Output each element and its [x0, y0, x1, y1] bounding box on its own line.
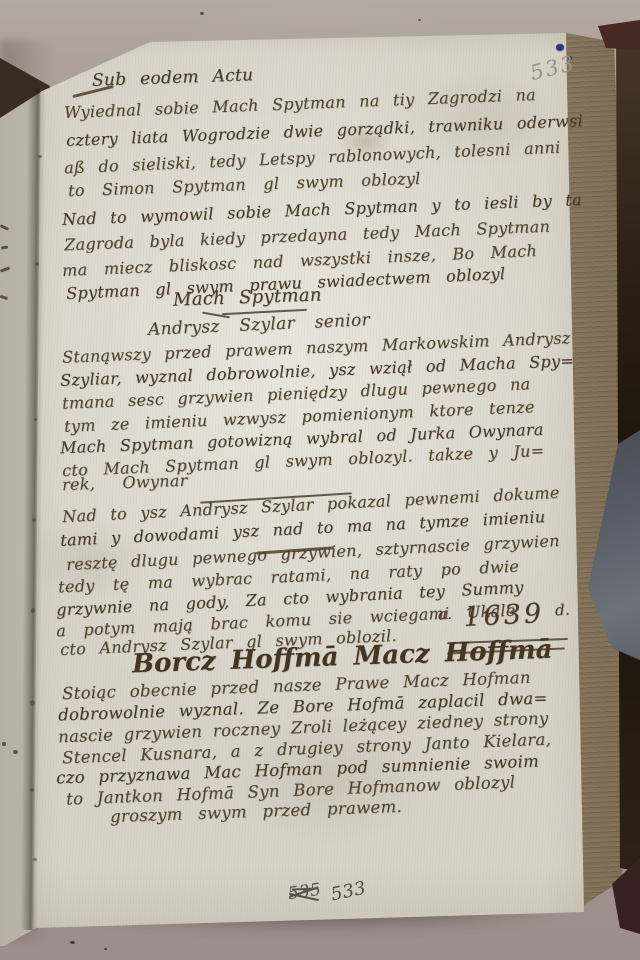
gutter-speck: [38, 155, 42, 158]
table-speck: [70, 941, 75, 944]
manuscript-photo: 533 Sub eodem Actu Wyiednal sobie Mach S…: [0, 0, 640, 960]
gutter-speck: [34, 418, 37, 421]
ink-blot: [556, 44, 564, 51]
year-value: 1639: [463, 598, 545, 633]
table-speck: [200, 12, 204, 15]
pencil-number: 533: [330, 880, 368, 905]
gutter-speck: [31, 608, 35, 613]
gutter-speck: [30, 788, 34, 792]
gutter-speck: [32, 518, 36, 522]
table-speck: [418, 19, 421, 21]
gutter-speck: [33, 858, 37, 861]
gutter-speck: [35, 262, 39, 266]
year-suffix: d.: [555, 601, 571, 620]
table-speck: [104, 948, 107, 950]
left-page-text-fragment: [13, 750, 18, 754]
manuscript-line: rek, Owynar: [62, 473, 188, 493]
section-heading: Mach Spytman: [173, 286, 322, 309]
year-prefix: a.: [437, 605, 452, 624]
gutter-speck: [30, 700, 35, 706]
left-page-text-fragment: [2, 742, 6, 746]
